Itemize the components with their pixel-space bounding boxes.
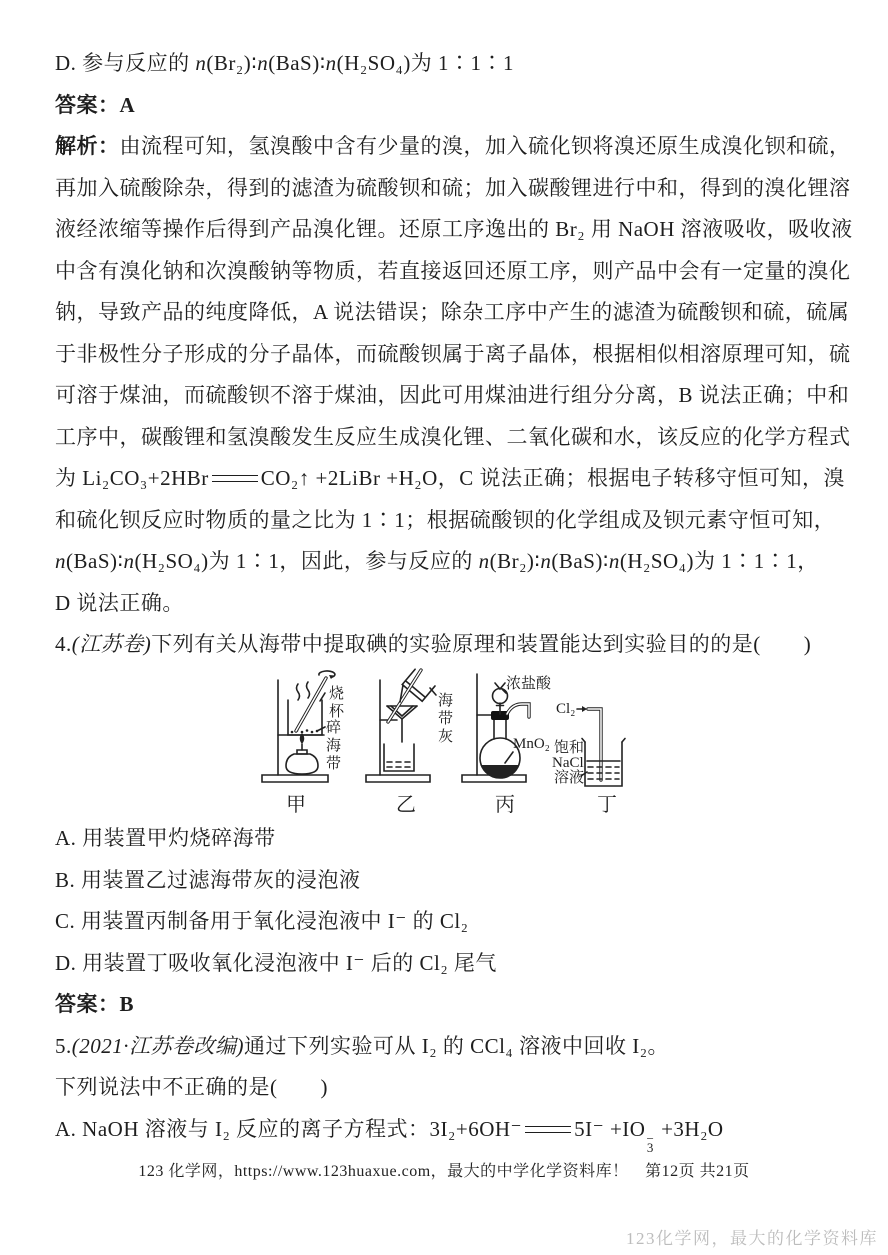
analysis-line-10: 和硫化钡反应时物质的量之比为 1∶1；根据硫酸钡的化学组成及钡元素守恒可知，: [55, 500, 845, 542]
q4-option-d: D. 用装置丁吸收氧化浸泡液中 I⁻ 后的 Cl₂ 尾气: [55, 943, 845, 985]
q3-option-d: D. 参与反应的 n(Br₂)∶n(BaS)∶n(H₂SO₄)为 1∶1∶1: [55, 43, 845, 85]
analysis-line-11: n(BaS)∶n(H₂SO₄)为 1∶1，因此，参与反应的 n(Br₂)∶n(B…: [55, 541, 845, 583]
page-footer: 123 化学网，https://www.123huaxue.com，最大的中学化…: [0, 1158, 888, 1181]
caption-ding: 丁: [597, 788, 618, 817]
caption-bing: 丙: [495, 788, 516, 817]
analysis-line-9: 为 Li₂CO₃+2HBrCO₂↑ +2LiBr +H₂O，C 说法正确；根据电…: [55, 458, 845, 500]
label-nongyansuan: 浓盐酸: [506, 676, 551, 692]
label-baohe: 饱和: [554, 740, 584, 756]
analysis-line-4: 中含有溴化钠和次溴酸钠等物质，若直接返回还原工序，则产品中会有一定量的溴化: [55, 251, 845, 293]
q5-option-a: A. NaOH 溶液与 I₂ 反应的离子方程式：3I₂+6OH⁻5I⁻ +IO−…: [55, 1109, 845, 1151]
apparatus-ding-drawing: [577, 706, 625, 786]
label-shaobei: 烧杯: [327, 685, 343, 721]
q4-option-b: B. 用装置乙过滤海带灰的浸泡液: [55, 860, 845, 902]
label-nacl: NaCl: [552, 755, 584, 771]
caption-yi: 乙: [396, 788, 417, 817]
analysis-line-5: 钠，导致产品的纯度降低，A 说法错误；除杂工序中产生的滤渣为硫酸钡和硫，硫属: [55, 292, 845, 334]
q3-answer: 答案：A: [55, 85, 845, 127]
q4-answer: 答案：B: [55, 984, 845, 1026]
q5-stem-line1: 5.(2021·江苏卷改编)通过下列实验可从 I₂ 的 CCl₄ 溶液中回收 I…: [55, 1026, 845, 1068]
label-rongye: 溶液: [554, 770, 584, 786]
analysis-line-12: D 说法正确。: [55, 583, 845, 625]
q4-option-c: C. 用装置丙制备用于氧化浸泡液中 I⁻ 的 Cl₂: [55, 901, 845, 943]
question4-5-block: A. 用装置甲灼烧碎海带 B. 用装置乙过滤海带灰的浸泡液 C. 用装置丙制备用…: [55, 818, 845, 1150]
document-page: D. 参与反应的 n(Br₂)∶n(BaS)∶n(H₂SO₄)为 1∶1∶1 答…: [0, 0, 888, 1255]
caption-jia: 甲: [286, 788, 307, 817]
question3-analysis-block: D. 参与反应的 n(Br₂)∶n(BaS)∶n(H₂SO₄)为 1∶1∶1 答…: [55, 43, 845, 666]
analysis-line-7: 可溶于煤油，而硫酸钡不溶于煤油，因此可用煤油进行组分分离，B 说法正确；中和: [55, 375, 845, 417]
analysis-line-6: 于非极性分子形成的分子晶体，而硫酸钡属于离子晶体，根据相似相溶原理可知，硫: [55, 334, 845, 376]
analysis-line-1: 解析：由流程可知，氢溴酸中含有少量的溴，加入硫化钡将溴还原生成溴化钡和硫，: [55, 126, 845, 168]
q5-stem-line2: 下列说法中不正确的是( ): [55, 1067, 845, 1109]
label-cl2: Cl₂: [556, 701, 575, 717]
label-suihaidai: 碎海带: [324, 719, 340, 773]
label-haidaihui: 海带灰: [436, 692, 452, 746]
q4-stem: 4.(江苏卷)下列有关从海带中提取碘的实验原理和装置能达到实验目的的是( ): [55, 624, 845, 666]
analysis-line-2: 再加入硫酸除杂，得到的滤渣为硫酸钡和硫；加入碳酸锂进行中和，得到的溴化锂溶: [55, 168, 845, 210]
q4-option-a: A. 用装置甲灼烧碎海带: [55, 818, 845, 860]
watermark: 123化学网，最大的化学资料库: [626, 1224, 878, 1249]
apparatus-yi-drawing: [366, 669, 436, 782]
q4-apparatus-figure: 烧杯 碎海带 海带灰 浓盐酸 MnO₂ Cl₂ 饱和 NaCl 溶液 甲 乙 丙…: [250, 668, 650, 820]
analysis-line-3: 液经浓缩等操作后得到产品溴化锂。还原工序逸出的 Br₂ 用 NaOH 溶液吸收，…: [55, 209, 845, 251]
analysis-line-8: 工序中，碳酸锂和氢溴酸发生反应生成溴化锂、二氧化碳和水，该反应的化学方程式: [55, 417, 845, 459]
label-mno2: MnO₂: [513, 736, 550, 752]
